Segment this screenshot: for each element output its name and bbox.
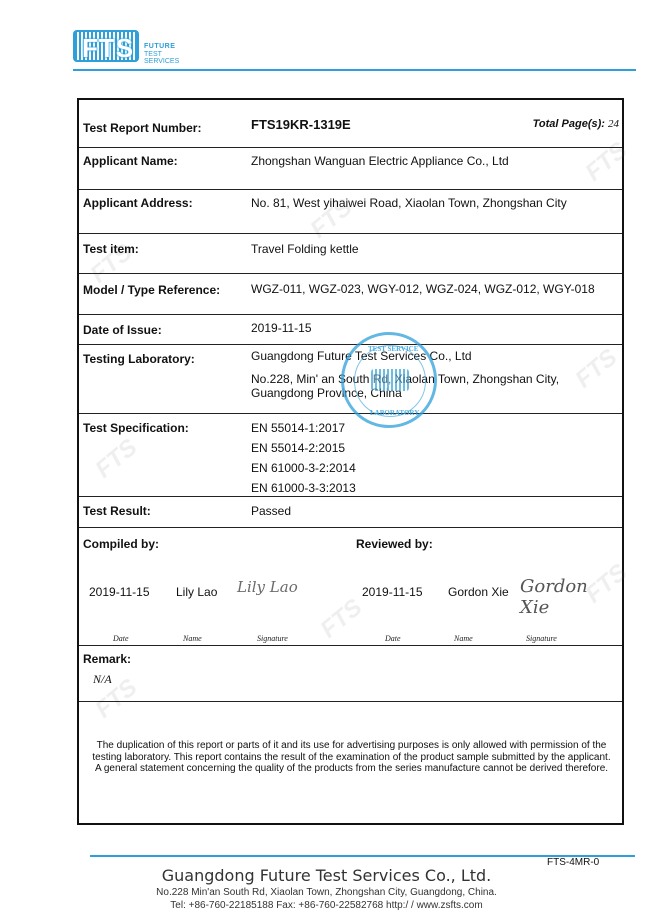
- disclaimer-text: The duplication of this report or parts …: [89, 740, 614, 775]
- applicant-address-label: Applicant Address:: [83, 196, 193, 210]
- stamp-bottom-text: LABORATORY: [370, 409, 419, 417]
- caption-signature: Signature: [526, 634, 557, 643]
- row-test-item: Test item: Travel Folding kettle: [79, 234, 622, 274]
- compiled-by-label: Compiled by:: [83, 537, 159, 551]
- official-stamp: TEST SERVICE LABORATORY: [341, 332, 437, 428]
- report-number-label: Test Report Number:: [83, 121, 201, 135]
- testing-lab-label: Testing Laboratory:: [83, 352, 195, 366]
- total-pages: Total Page(s): 24: [533, 118, 619, 130]
- test-spec-item: EN 61000-3-3:2013: [251, 481, 356, 495]
- report-table: FTS FTS FTS FTS FTS FTS FTS FTS Test Rep…: [77, 98, 624, 825]
- model-label: Model / Type Reference:: [83, 283, 220, 297]
- reviewed-by-label: Reviewed by:: [356, 537, 433, 551]
- header-divider: [73, 69, 636, 71]
- logo-mark: FTS: [73, 30, 139, 62]
- row-applicant-name: Applicant Name: Zhongshan Wanguan Electr…: [79, 148, 622, 190]
- logo-letters: FTS: [77, 33, 139, 63]
- date-of-issue: 2019-11-15: [251, 321, 312, 335]
- row-signatures: Compiled by: Reviewed by: 2019-11-15 Lil…: [79, 528, 622, 646]
- compiled-date: 2019-11-15: [89, 585, 150, 599]
- caption-date: Date: [113, 634, 129, 643]
- applicant-address: No. 81, West yihaiwei Road, Xiaolan Town…: [251, 196, 567, 210]
- test-spec-item: EN 55014-2:2015: [251, 441, 345, 455]
- reviewed-name: Gordon Xie: [448, 585, 509, 599]
- applicant-name: Zhongshan Wanguan Electric Appliance Co.…: [251, 154, 509, 168]
- total-pages-value: 24: [608, 118, 619, 130]
- footer-company-name: Guangdong Future Test Services Co., Ltd.: [0, 866, 653, 885]
- logo-text-future: FUTURE: [144, 43, 175, 50]
- applicant-name-label: Applicant Name:: [83, 154, 178, 168]
- company-logo: FTS FUTURE TEST SERVICES: [73, 30, 185, 66]
- row-model-reference: Model / Type Reference: WGZ-011, WGZ-023…: [79, 274, 622, 315]
- footer-address: No.228 Min'an South Rd, Xiaolan Town, Zh…: [0, 887, 653, 898]
- footer-contact: Tel: +86-760-22185188 Fax: +86-760-22582…: [0, 900, 653, 911]
- test-item-label: Test item:: [83, 242, 139, 256]
- test-result: Passed: [251, 504, 291, 518]
- logo-text-test-services: TEST SERVICES: [144, 51, 185, 65]
- caption-signature: Signature: [257, 634, 288, 643]
- row-test-specification: Test Specification: EN 55014-1:2017 EN 5…: [79, 414, 622, 497]
- date-of-issue-label: Date of Issue:: [83, 323, 162, 337]
- reviewed-date: 2019-11-15: [362, 585, 423, 599]
- row-remark: Remark: N/A: [79, 646, 622, 702]
- caption-name: Name: [183, 634, 202, 643]
- row-date-of-issue: Date of Issue: 2019-11-15: [79, 315, 622, 345]
- compiled-name: Lily Lao: [176, 585, 217, 599]
- model-reference: WGZ-011, WGZ-023, WGY-012, WGZ-024, WGZ-…: [251, 282, 595, 296]
- test-spec-item: EN 61000-3-2:2014: [251, 461, 356, 475]
- test-spec-item: EN 55014-1:2017: [251, 421, 345, 435]
- total-pages-label: Total Page(s):: [533, 118, 605, 130]
- stamp-logo-icon: [371, 369, 409, 391]
- remark-value: N/A: [93, 672, 112, 687]
- test-item: Travel Folding kettle: [251, 242, 359, 256]
- test-result-label: Test Result:: [83, 504, 151, 518]
- row-test-result: Test Result: Passed: [79, 497, 622, 528]
- caption-date: Date: [385, 634, 401, 643]
- row-applicant-address: Applicant Address: No. 81, West yihaiwei…: [79, 190, 622, 234]
- row-report-number: Test Report Number: FTS19KR-1319E Total …: [79, 100, 622, 148]
- stamp-top-text: TEST SERVICE: [368, 345, 418, 353]
- test-spec-label: Test Specification:: [83, 421, 189, 435]
- caption-name: Name: [454, 634, 473, 643]
- reviewed-signature: Gordon Xie: [520, 576, 622, 618]
- compiled-signature: Lily Lao: [237, 578, 298, 596]
- report-number: FTS19KR-1319E: [251, 117, 351, 132]
- remark-label: Remark:: [83, 652, 131, 666]
